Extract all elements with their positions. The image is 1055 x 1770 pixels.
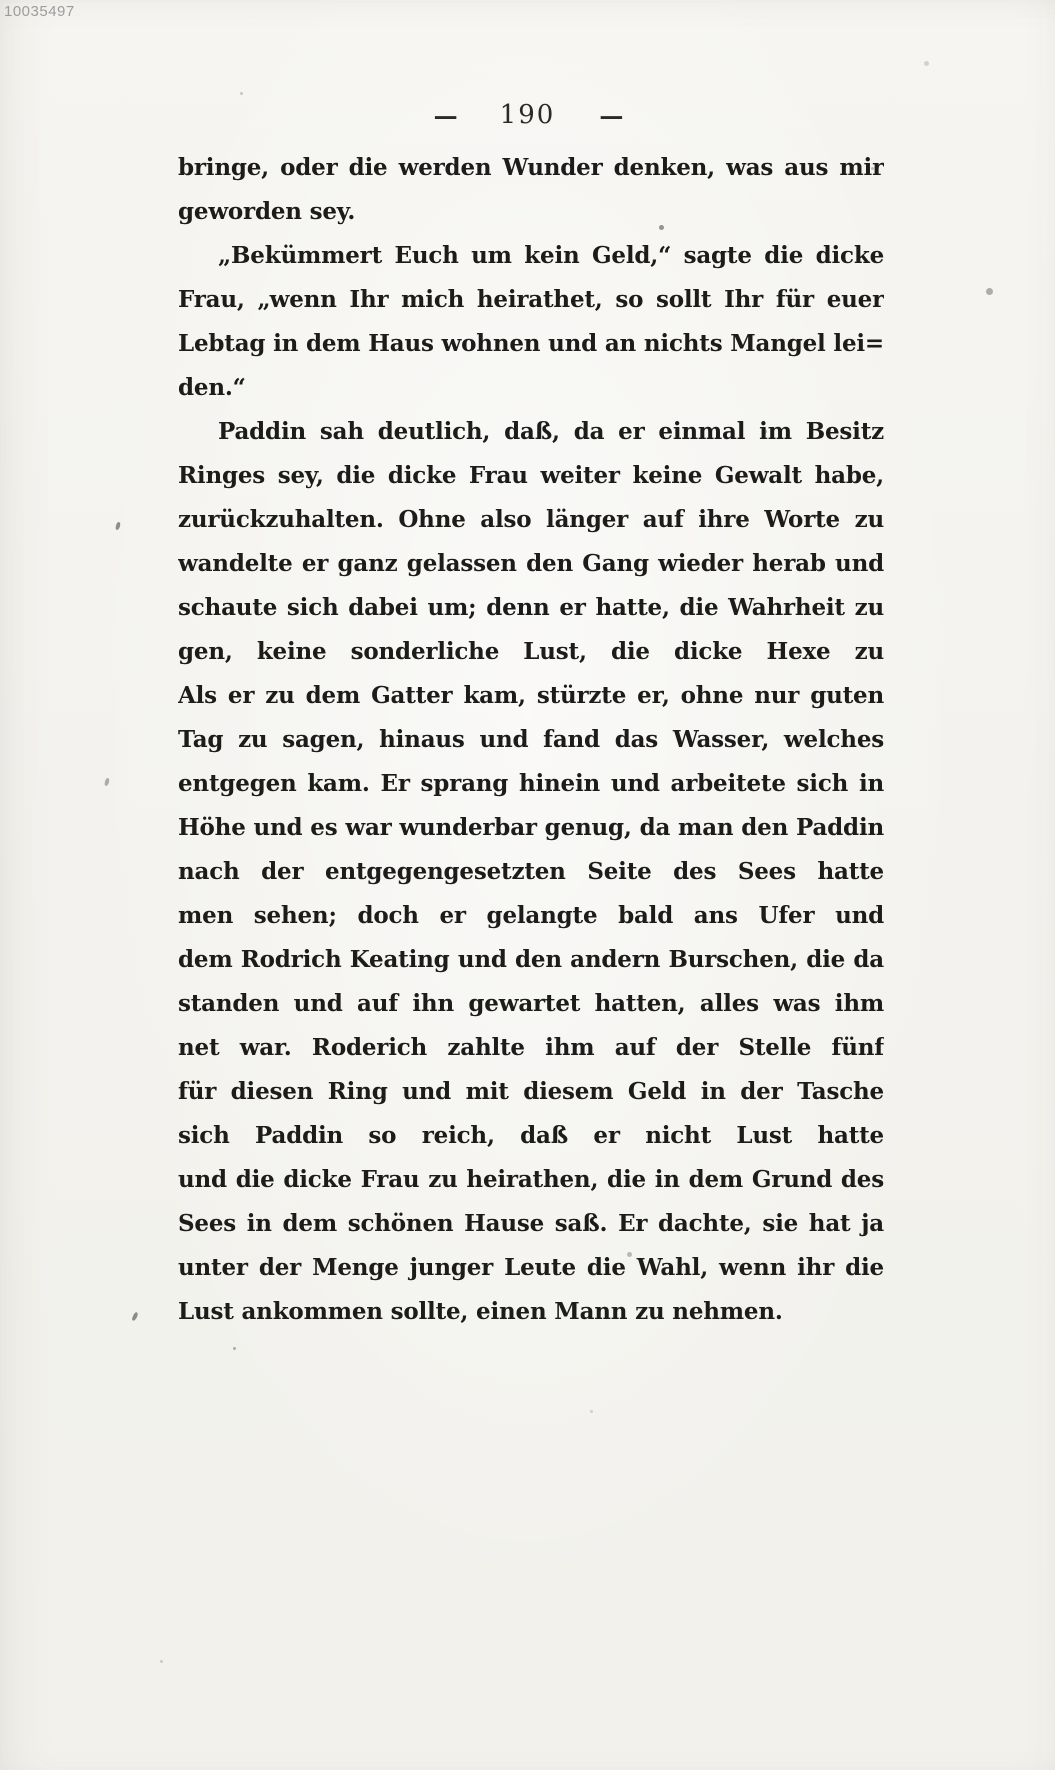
- text-line: net war. Roderich zahlte ihm auf der Ste…: [178, 1026, 884, 1070]
- text-line: geworden sey.: [178, 190, 884, 234]
- scan-id: 10035497: [4, 3, 75, 20]
- ink-speck: [104, 778, 110, 787]
- text-line: standen und auf ihn gewartet hatten, all…: [178, 982, 884, 1026]
- text-line: Frau, „wenn Ihr mich heirathet, so sollt…: [178, 278, 884, 322]
- text-line: men sehen; doch er gelangte bald ans Ufe…: [178, 894, 884, 938]
- text-line: Tag zu sagen, hinaus und fand das Wasser…: [178, 718, 884, 762]
- text-line: den.“: [178, 366, 884, 410]
- text-line: nach der entgegengesetzten Seite des See…: [178, 850, 884, 894]
- text-line: dem Rodrich Keating und den andern Bursc…: [178, 938, 884, 982]
- text-line: „Bekümmert Euch um kein Geld,“ sagte die…: [178, 234, 884, 278]
- header-dash-left: —: [434, 101, 456, 130]
- text-line: und die dicke Frau zu heirathen, die in …: [178, 1158, 884, 1202]
- ink-speck: [131, 1312, 138, 1322]
- text-line: schaute sich dabei um; denn er hatte, di…: [178, 586, 884, 630]
- text-line: für diesen Ring und mit diesem Geld in d…: [178, 1070, 884, 1114]
- page-header: — 190 —: [0, 100, 1055, 130]
- text-line: unter der Menge junger Leute die Wahl, w…: [178, 1246, 884, 1290]
- text-line: wandelte er ganz gelassen den Gang wiede…: [178, 542, 884, 586]
- page-text: bringe, oder die werden Wunder denken, w…: [178, 146, 884, 1334]
- text-line: Lebtag in dem Haus wohnen und an nichts …: [178, 322, 884, 366]
- text-line: entgegen kam. Er sprang hinein und arbei…: [178, 762, 884, 806]
- text-line: Paddin sah deutlich, daß, da er einmal i…: [178, 410, 884, 454]
- text-line: Sees in dem schönen Hause saß. Er dachte…: [178, 1202, 884, 1246]
- text-line: Höhe und es war wunderbar genug, da man …: [178, 806, 884, 850]
- text-line: Lust ankommen sollte, einen Mann zu nehm…: [178, 1290, 884, 1334]
- scanned-book-page: 10035497 — 190 — bringe, oder die werden…: [0, 0, 1055, 1770]
- header-dash-right: —: [599, 101, 621, 130]
- text-line: zurückzuhalten. Ohne also länger auf ihr…: [178, 498, 884, 542]
- page-number: 190: [500, 100, 556, 130]
- scan-speck: [0, 0, 3, 3]
- text-line: bringe, oder die werden Wunder denken, w…: [178, 146, 884, 190]
- text-line: gen, keine sonderliche Lust, die dicke H…: [178, 630, 884, 674]
- ink-speck: [115, 522, 121, 531]
- text-line: Ringes sey, die dicke Frau weiter keine …: [178, 454, 884, 498]
- text-line: sich Paddin so reich, daß er nicht Lust …: [178, 1114, 884, 1158]
- text-line: Als er zu dem Gatter kam, stürzte er, oh…: [178, 674, 884, 718]
